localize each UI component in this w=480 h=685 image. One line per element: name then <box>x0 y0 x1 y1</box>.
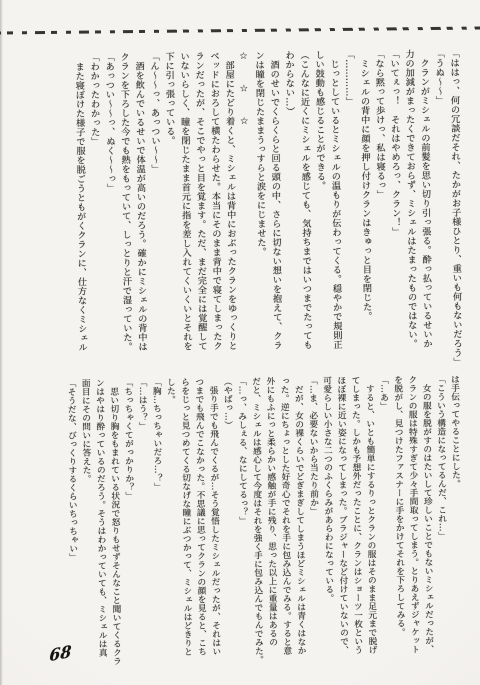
text-column: 「ははっ、何の冗談だそれ、たかがお子様ひとり、重いも何もないだろう」 <box>446 49 464 377</box>
scene1-text: 「ははっ、何の冗談だそれ、たかがお子様ひとり、重いも何もないだろう」「うぬ〜〜」… <box>251 49 464 379</box>
text-column: 「そうだな、びっくりするくらいちっちゃい」 <box>64 379 81 672</box>
scene2-text: 部屋にたどり着くと、ミシェルは背中におぶったクランをゆっくりとベッドにおろして横… <box>71 51 239 381</box>
bottom-text-band: は手伝ってやることにした。「こういう構造になってるんだ、これ…」 女の服を脱がす… <box>64 375 465 672</box>
text-column: 女の服を脱がすのはたいして珍しいことでもないミシェルだったが、 <box>419 375 436 668</box>
top-text-band: 「ははっ、何の冗談だそれ、たかがお子様ひとり、重いも何もないだろう」「うぬ〜〜」… <box>71 49 464 381</box>
text-column: てしまった。しかも予想外だったことに、クランはショーツ一枚という <box>348 376 365 669</box>
text-column: ンはやはり酔っているのだろう。そうはわかっていても、ミシェルは真 <box>92 378 109 671</box>
scene2-text-continued: は手伝ってやることにした。「こういう構造になってるんだ、これ…」 女の服を脱がす… <box>64 375 465 672</box>
page-content: 「ははっ、何の冗談だそれ、たかがお子様ひとり、重いも何もないだろう」「うぬ〜〜」… <box>0 0 480 685</box>
cut-dashed-line <box>0 26 480 34</box>
text-column: 張り手でも飛んでくるが…そう覚悟したミシェルだったが、それはい <box>206 377 223 670</box>
page-edge-shadow <box>0 0 3 685</box>
scanned-page: 「ははっ、何の冗談だそれ、たかがお子様ひとり、重いも何もないだろう」「うぬ〜〜」… <box>0 0 480 685</box>
